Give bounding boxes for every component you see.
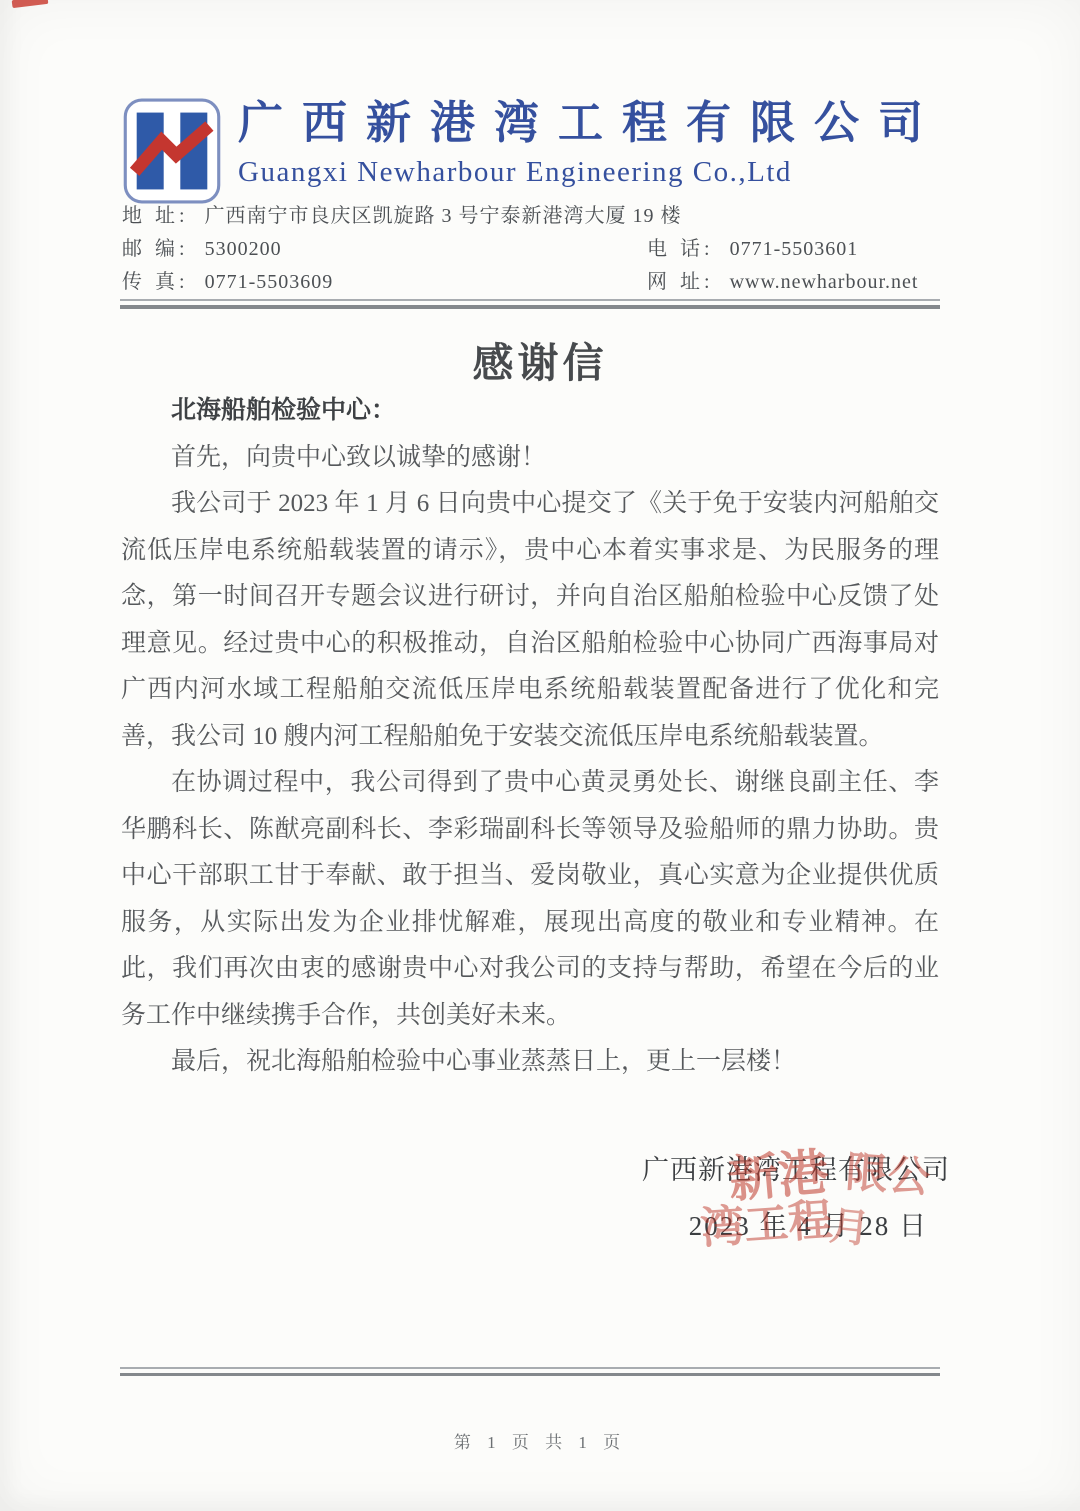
paragraph-4: 最后，祝北海船舶检验中心事业蒸蒸日上，更上一层楼！ <box>121 1039 939 1086</box>
contact-row-fax-web: 传 真: 0771-5503609 网 址: www.newharbour.ne… <box>122 266 940 299</box>
company-logo-icon <box>122 97 222 205</box>
contact-row-zip-phone: 邮 编: 5300200 电 话: 0771-5503601 <box>122 233 940 266</box>
red-scan-artifact <box>12 0 49 8</box>
zip-label: 邮 编: <box>122 238 189 260</box>
signature-company: 广西新港湾工程有限公司 <box>642 1142 950 1198</box>
website-value: www.newharbour.net <box>730 271 919 293</box>
signature-block: 广西新港湾工程有限公司 2023 年 4 月 28 日 <box>642 1142 950 1254</box>
contact-row-address: 地 址: 广西南宁市良庆区凯旋路 3 号宁泰新港湾大厦 19 楼 <box>122 200 940 233</box>
phone-label: 电 话: <box>647 238 714 260</box>
contact-info: 地 址: 广西南宁市良庆区凯旋路 3 号宁泰新港湾大厦 19 楼 邮 编: 53… <box>122 200 940 299</box>
address-value: 广西南宁市良庆区凯旋路 3 号宁泰新港湾大厦 19 楼 <box>205 205 682 227</box>
letter-title: 感谢信 <box>0 330 1080 389</box>
letterhead: 广西新港湾工程有限公司 Guangxi Newharbour Engineeri… <box>122 95 940 205</box>
phone-value: 0771-5503601 <box>730 238 859 260</box>
zip-value: 5300200 <box>205 238 282 260</box>
fax-value: 0771-5503609 <box>205 271 334 293</box>
website-label: 网 址: <box>647 271 714 293</box>
address-label: 地 址: <box>122 205 189 227</box>
scanned-letter-page: 广西新港湾工程有限公司 Guangxi Newharbour Engineeri… <box>0 0 1080 1511</box>
page-number: 第 1 页 共 1 页 <box>0 1428 1080 1453</box>
company-name-en: Guangxi Newharbour Engineering Co.,Ltd <box>238 152 942 192</box>
salutation: 北海船舶检验中心： <box>121 388 939 435</box>
company-name-cn: 广西新港湾工程有限公司 <box>238 95 942 151</box>
letter-body: 北海船舶检验中心： 首先，向贵中心致以诚挚的感谢！ 我公司于 2023 年 1 … <box>121 388 939 1086</box>
fax-label: 传 真: <box>122 271 189 293</box>
footer-divider <box>120 1367 940 1376</box>
paragraph-3: 在协调过程中，我公司得到了贵中心黄灵勇处长、谢继良副主任、李华鹏科长、陈猷亮副科… <box>121 760 939 1039</box>
paragraph-2: 我公司于 2023 年 1 月 6 日向贵中心提交了《关于免于安装内河船舶交流低… <box>121 481 939 760</box>
company-name-block: 广西新港湾工程有限公司 Guangxi Newharbour Engineeri… <box>222 95 942 205</box>
header-divider <box>120 299 940 309</box>
signature-date: 2023 年 4 月 28 日 <box>642 1198 928 1254</box>
paragraph-1: 首先，向贵中心致以诚挚的感谢！ <box>121 435 939 482</box>
